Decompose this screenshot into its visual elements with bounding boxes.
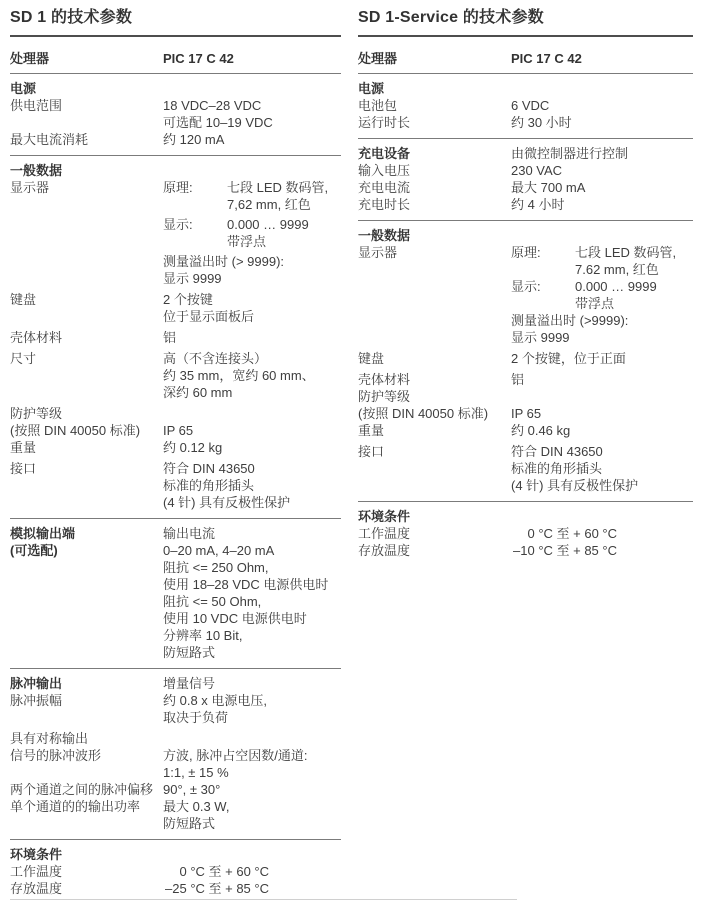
row-label: 最大电流消耗	[10, 131, 163, 148]
row-value: –10 °C 至 + 85 °C	[511, 542, 617, 559]
row-label: 电源	[358, 80, 511, 97]
spec-row: 尺寸高（不含连接头）约 35 mm，宽约 60 mm、深约 60 mm	[10, 350, 341, 401]
spec-row: 充电设备由微控制器进行控制	[358, 145, 693, 162]
row-value: –25 °C 至 + 85 °C	[163, 880, 269, 897]
row-label: 工作温度	[10, 863, 163, 880]
page-title: SD 1-Service 的技术参数	[358, 8, 693, 37]
spec-row: 处理器PIC 17 C 42	[10, 50, 341, 67]
row-label: 处理器	[10, 50, 163, 67]
spec-row: 接口符合 DIN 43650标准的角形插头(4 针) 具有反极性保护	[358, 443, 693, 494]
row-label: 防护等级(按照 DIN 40050 标准)	[10, 405, 163, 439]
spec-row: 充电时长约 4 小时	[358, 196, 693, 213]
row-label: 尺寸	[10, 350, 163, 367]
spec-row: 显示器原理:七段 LED 数码管,7,62 mm, 红色显示:0.000 … 9…	[10, 179, 341, 287]
row-value: 约 4 小时	[511, 196, 693, 213]
spec-row: 脉冲振幅约 0.8 x 电源电压,取决于负荷	[10, 692, 341, 726]
column-body: 处理器PIC 17 C 42电源供电范围18 VDC–28 VDC可选配 10–…	[10, 37, 341, 902]
row-label: 充电时长	[358, 196, 511, 213]
spec-row: 一般数据	[358, 227, 693, 244]
row-label: 壳体材料	[10, 329, 163, 346]
row-value: 约 30 小时	[511, 114, 693, 131]
row-label: 模拟输出端(可选配)	[10, 525, 163, 559]
value-prefix: 显示:	[511, 278, 575, 295]
row-label: 单个通道的的输出功率	[10, 798, 163, 815]
row-value: 符合 DIN 43650标准的角形插头(4 针) 具有反极性保护	[511, 443, 693, 494]
row-label: 输入电压	[358, 162, 511, 179]
spec-row: 键盘2 个按键位于显示面板后	[10, 291, 341, 325]
spec-row: 重量约 0.46 kg	[358, 422, 693, 439]
row-label: 充电设备	[358, 145, 511, 162]
row-value: 方波, 脉冲占空因数/通道:1:1, ± 15 %	[163, 730, 341, 781]
spec-row: 电源	[10, 80, 341, 97]
spec-row: 供电范围18 VDC–28 VDC可选配 10–19 VDC	[10, 97, 341, 131]
spec-column-sd1: SD 1 的技术参数 处理器PIC 17 C 42电源供电范围18 VDC–28…	[10, 8, 341, 902]
spec-row: 环境条件	[358, 508, 693, 525]
row-value: 约 0.46 kg	[511, 422, 693, 439]
spec-row: 电源	[358, 80, 693, 97]
spec-section: 处理器PIC 17 C 42	[358, 37, 693, 73]
row-label: 显示器	[10, 179, 163, 196]
spec-section: 电源电池包6 VDC运行时长约 30 小时	[358, 74, 693, 138]
row-value: PIC 17 C 42	[511, 50, 693, 67]
spec-section: 模拟输出端(可选配)输出电流0–20 mA, 4–20 mA阻抗 <= 250 …	[10, 519, 341, 668]
row-value: IP 65	[511, 388, 693, 422]
row-label: 环境条件	[358, 508, 511, 525]
page-edge-divider	[10, 899, 517, 900]
row-label: 供电范围	[10, 97, 163, 114]
spec-section: 充电设备由微控制器进行控制输入电压230 VAC充电电流最大 700 mA充电时…	[358, 139, 693, 220]
spec-row: 接口符合 DIN 43650标准的角形插头(4 针) 具有反极性保护	[10, 460, 341, 511]
row-label: 键盘	[358, 350, 511, 367]
row-value: 符合 DIN 43650标准的角形插头(4 针) 具有反极性保护	[163, 460, 341, 511]
spec-row: 输入电压230 VAC	[358, 162, 693, 179]
spec-row: 存放温度–25 °C 至 + 85 °C	[10, 880, 341, 897]
row-value: 输出电流0–20 mA, 4–20 mA阻抗 <= 250 Ohm,使用 18–…	[163, 525, 341, 661]
row-value: 由微控制器进行控制	[511, 145, 693, 162]
row-value: 最大 700 mA	[511, 179, 693, 196]
row-label: 具有对称输出信号的脉冲波形	[10, 730, 163, 764]
spec-section: 环境条件工作温度0 °C 至 + 60 °C存放温度–25 °C 至 + 85 …	[10, 840, 341, 902]
row-label: 处理器	[358, 50, 511, 67]
spec-row: 脉冲输出增量信号	[10, 675, 341, 692]
datasheet-page: { "page": { "text_color": "#3e3e3e", "ru…	[0, 0, 705, 902]
spec-row: 一般数据	[10, 162, 341, 179]
row-value: 约 0.12 kg	[163, 439, 341, 456]
row-label: 运行时长	[358, 114, 511, 131]
row-value: 原理:七段 LED 数码管,7.62 mm, 红色显示:0.000 … 9999…	[511, 244, 693, 346]
spec-row: 防护等级(按照 DIN 40050 标准) IP 65	[10, 405, 341, 439]
spec-row: 壳体材料铝	[358, 371, 693, 388]
page-title: SD 1 的技术参数	[10, 8, 341, 37]
row-value: 90°, ± 30°	[163, 781, 341, 798]
row-label: 重量	[10, 439, 163, 456]
row-value: 最大 0.3 W,防短路式	[163, 798, 341, 832]
row-value: 铝	[163, 329, 341, 346]
row-label: 重量	[358, 422, 511, 439]
row-label: 接口	[358, 443, 511, 460]
row-label: 工作温度	[358, 525, 511, 542]
row-label: 一般数据	[358, 227, 511, 244]
row-label: 一般数据	[10, 162, 163, 179]
spec-row: 具有对称输出信号的脉冲波形 方波, 脉冲占空因数/通道:1:1, ± 15 %	[10, 730, 341, 781]
row-value: 铝	[511, 371, 693, 388]
row-label: 壳体材料	[358, 371, 511, 388]
spec-row: 壳体材料铝	[10, 329, 341, 346]
row-label: 充电电流	[358, 179, 511, 196]
row-value: 230 VAC	[511, 162, 693, 179]
row-value: 18 VDC–28 VDC可选配 10–19 VDC	[163, 97, 341, 131]
spec-row: 最大电流消耗约 120 mA	[10, 131, 341, 148]
row-value: 2 个按键位于显示面板后	[163, 291, 341, 325]
spec-section: 脉冲输出增量信号脉冲振幅约 0.8 x 电源电压,取决于负荷具有对称输出信号的脉…	[10, 669, 341, 839]
row-label: 电源	[10, 80, 163, 97]
row-label: 键盘	[10, 291, 163, 308]
row-value: IP 65	[163, 405, 341, 439]
spec-section: 一般数据显示器原理:七段 LED 数码管,7.62 mm, 红色显示:0.000…	[358, 221, 693, 501]
value-prefix: 显示:	[163, 216, 227, 233]
spec-row: 运行时长约 30 小时	[358, 114, 693, 131]
value-prefix: 原理:	[163, 179, 227, 196]
spec-row: 两个通道之间的脉冲偏移90°, ± 30°	[10, 781, 341, 798]
value-prefix: 原理:	[511, 244, 575, 261]
spec-row: 工作温度0 °C 至 + 60 °C	[358, 525, 693, 542]
column-body: 处理器PIC 17 C 42电源电池包6 VDC运行时长约 30 小时充电设备由…	[358, 37, 693, 566]
spec-row: 显示器原理:七段 LED 数码管,7.62 mm, 红色显示:0.000 … 9…	[358, 244, 693, 346]
spec-row: 防护等级(按照 DIN 40050 标准) IP 65	[358, 388, 693, 422]
spec-row: 单个通道的的输出功率最大 0.3 W,防短路式	[10, 798, 341, 832]
row-label: 两个通道之间的脉冲偏移	[10, 781, 163, 798]
spec-section: 一般数据显示器原理:七段 LED 数码管,7,62 mm, 红色显示:0.000…	[10, 156, 341, 518]
spec-row: 存放温度–10 °C 至 + 85 °C	[358, 542, 693, 559]
row-label: 显示器	[358, 244, 511, 261]
row-label: 存放温度	[358, 542, 511, 559]
spec-section: 电源供电范围18 VDC–28 VDC可选配 10–19 VDC最大电流消耗约 …	[10, 74, 341, 155]
row-label: 防护等级(按照 DIN 40050 标准)	[358, 388, 511, 422]
spec-column-sd1-service: SD 1-Service 的技术参数 处理器PIC 17 C 42电源电池包6 …	[358, 8, 693, 566]
row-value: 约 120 mA	[163, 131, 341, 148]
row-value: 0 °C 至 + 60 °C	[511, 525, 617, 542]
spec-row: 电池包6 VDC	[358, 97, 693, 114]
spec-row: 工作温度0 °C 至 + 60 °C	[10, 863, 341, 880]
row-value: 高（不含连接头）约 35 mm，宽约 60 mm、深约 60 mm	[163, 350, 341, 401]
row-label: 接口	[10, 460, 163, 477]
row-value: 2 个按键，位于正面	[511, 350, 693, 367]
spec-row: 模拟输出端(可选配)输出电流0–20 mA, 4–20 mA阻抗 <= 250 …	[10, 525, 341, 661]
row-label: 脉冲输出	[10, 675, 163, 692]
row-label: 环境条件	[10, 846, 163, 863]
spec-row: 充电电流最大 700 mA	[358, 179, 693, 196]
row-value: 0 °C 至 + 60 °C	[163, 863, 269, 880]
row-value: 约 0.8 x 电源电压,取决于负荷	[163, 692, 341, 726]
row-value: 增量信号	[163, 675, 341, 692]
row-label: 脉冲振幅	[10, 692, 163, 709]
row-value: 原理:七段 LED 数码管,7,62 mm, 红色显示:0.000 … 9999…	[163, 179, 341, 287]
row-value: PIC 17 C 42	[163, 50, 341, 67]
spec-row: 环境条件	[10, 846, 341, 863]
row-label: 电池包	[358, 97, 511, 114]
spec-row: 键盘2 个按键，位于正面	[358, 350, 693, 367]
spec-row: 处理器PIC 17 C 42	[358, 50, 693, 67]
spec-row: 重量约 0.12 kg	[10, 439, 341, 456]
row-value: 6 VDC	[511, 97, 693, 114]
spec-section: 环境条件工作温度0 °C 至 + 60 °C存放温度–10 °C 至 + 85 …	[358, 502, 693, 566]
row-label: 存放温度	[10, 880, 163, 897]
spec-section: 处理器PIC 17 C 42	[10, 37, 341, 73]
